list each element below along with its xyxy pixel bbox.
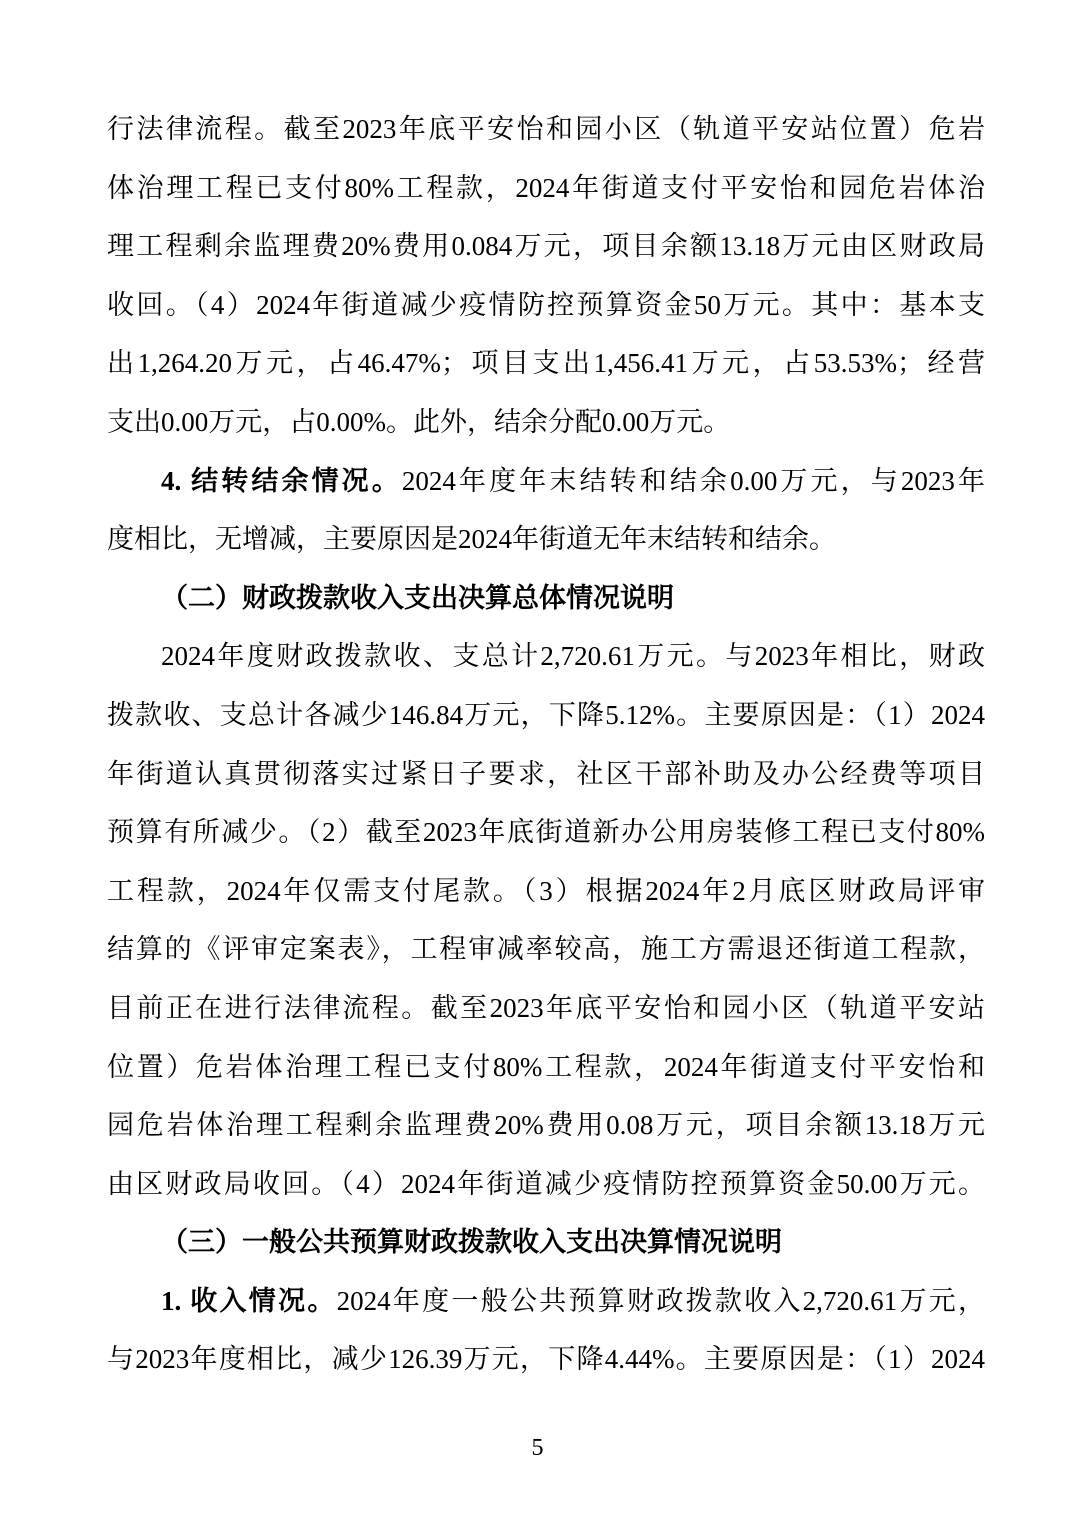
text-line: 由区财政局收回。（4）2024年街道减少疫情防控预算资金50.00万元。 bbox=[107, 1155, 985, 1214]
text-segment: 拨款收、支总计各减少146.84万元，下降5.12%。主要原因是：（1）2024 bbox=[107, 700, 985, 730]
text-segment: 园危岩体治理工程剩余监理费20%费用0.08万元，项目余额13.18万元 bbox=[107, 1110, 985, 1140]
text-line: 支出0.00万元，占0.00%。此外，结余分配0.00万元。 bbox=[107, 393, 985, 452]
document-body: 行法律流程。截至2023年底平安怡和园小区（轨道平安站位置）危岩体治理工程已支付… bbox=[107, 100, 985, 1389]
text-segment: 与2023年度相比，减少126.39万元，下降4.44%。主要原因是：（1）20… bbox=[107, 1344, 985, 1374]
text-segment: 位置）危岩体治理工程已支付80%工程款，2024年街道支付平安怡和 bbox=[107, 1052, 985, 1082]
text-line: 年街道认真贯彻落实过紧日子要求，社区干部补助及办公经费等项目 bbox=[107, 745, 985, 804]
document-page: 行法律流程。截至2023年底平安怡和园小区（轨道平安站位置）危岩体治理工程已支付… bbox=[0, 0, 1075, 1520]
text-line: 理工程剩余监理费20%费用0.084万元，项目余额13.18万元由区财政局 bbox=[107, 217, 985, 276]
text-segment: （三）一般公共预算财政拨款收入支出决算情况说明 bbox=[161, 1227, 782, 1257]
text-line: 位置）危岩体治理工程已支付80%工程款，2024年街道支付平安怡和 bbox=[107, 1038, 985, 1097]
text-segment: 体治理工程已支付80%工程款，2024年街道支付平安怡和园危岩体治 bbox=[107, 173, 985, 203]
text-line: 1. 收入情况。2024年度一般公共预算财政拨款收入2,720.61万元， bbox=[107, 1272, 985, 1331]
page-number: 5 bbox=[0, 1428, 1075, 1468]
text-line: 出1,264.20万元，占46.47%；项目支出1,456.41万元，占53.5… bbox=[107, 334, 985, 393]
text-segment: （二）财政拨款收入支出决算总体情况说明 bbox=[161, 583, 674, 613]
text-line: 度相比，无增减，主要原因是2024年街道无年末结转和结余。 bbox=[107, 510, 985, 569]
text-line: 结算的《评审定案表》，工程审减率较高，施工方需退还街道工程款， bbox=[107, 920, 985, 979]
text-line: 目前正在进行法律流程。截至2023年底平安怡和园小区（轨道平安站 bbox=[107, 979, 985, 1038]
text-segment: 结算的《评审定案表》，工程审减率较高，施工方需退还街道工程款， bbox=[107, 934, 985, 964]
text-segment: 2024年度年末结转和结余0.00万元，与2023年 bbox=[402, 466, 985, 496]
text-line: 与2023年度相比，减少126.39万元，下降4.44%。主要原因是：（1）20… bbox=[107, 1330, 985, 1389]
section-heading: （二）财政拨款收入支出决算总体情况说明 bbox=[107, 569, 985, 628]
text-segment: 理工程剩余监理费20%费用0.084万元，项目余额13.18万元由区财政局 bbox=[107, 231, 985, 261]
text-segment: 工程款，2024年仅需支付尾款。（3）根据2024年2月底区财政局评审 bbox=[107, 876, 985, 906]
text-line: 2024年度财政拨款收、支总计2,720.61万元。与2023年相比，财政 bbox=[107, 627, 985, 686]
section-heading: （三）一般公共预算财政拨款收入支出决算情况说明 bbox=[107, 1213, 985, 1272]
text-line: 预算有所减少。（2）截至2023年底街道新办公用房装修工程已支付80% bbox=[107, 803, 985, 862]
text-segment: 目前正在进行法律流程。截至2023年底平安怡和园小区（轨道平安站 bbox=[107, 993, 985, 1023]
text-segment: 收回。（4）2024年街道减少疫情防控预算资金50万元。其中：基本支 bbox=[107, 290, 985, 320]
text-segment: 4. 结转结余情况。 bbox=[161, 466, 402, 496]
text-line: 收回。（4）2024年街道减少疫情防控预算资金50万元。其中：基本支 bbox=[107, 276, 985, 335]
text-segment: 预算有所减少。（2）截至2023年底街道新办公用房装修工程已支付80% bbox=[107, 817, 985, 847]
text-line: 园危岩体治理工程剩余监理费20%费用0.08万元，项目余额13.18万元 bbox=[107, 1096, 985, 1155]
text-segment: 2024年度一般公共预算财政拨款收入2,720.61万元， bbox=[337, 1286, 985, 1316]
text-segment: 2024年度财政拨款收、支总计2,720.61万元。与2023年相比，财政 bbox=[161, 641, 985, 671]
text-line: 体治理工程已支付80%工程款，2024年街道支付平安怡和园危岩体治 bbox=[107, 159, 985, 218]
text-line: 拨款收、支总计各减少146.84万元，下降5.12%。主要原因是：（1）2024 bbox=[107, 686, 985, 745]
text-segment: 度相比，无增减，主要原因是2024年街道无年末结转和结余。 bbox=[107, 524, 836, 554]
text-segment: 1. 收入情况。 bbox=[161, 1286, 337, 1316]
text-line: 行法律流程。截至2023年底平安怡和园小区（轨道平安站位置）危岩 bbox=[107, 100, 985, 159]
text-line: 4. 结转结余情况。2024年度年末结转和结余0.00万元，与2023年 bbox=[107, 452, 985, 511]
text-segment: 出1,264.20万元，占46.47%；项目支出1,456.41万元，占53.5… bbox=[107, 348, 985, 378]
text-segment: 支出0.00万元，占0.00%。此外，结余分配0.00万元。 bbox=[107, 407, 730, 437]
text-segment: 年街道认真贯彻落实过紧日子要求，社区干部补助及办公经费等项目 bbox=[107, 759, 985, 789]
text-segment: 行法律流程。截至2023年底平安怡和园小区（轨道平安站位置）危岩 bbox=[107, 114, 985, 144]
text-line: 工程款，2024年仅需支付尾款。（3）根据2024年2月底区财政局评审 bbox=[107, 862, 985, 921]
text-segment: 由区财政局收回。（4）2024年街道减少疫情防控预算资金50.00万元。 bbox=[107, 1169, 985, 1199]
